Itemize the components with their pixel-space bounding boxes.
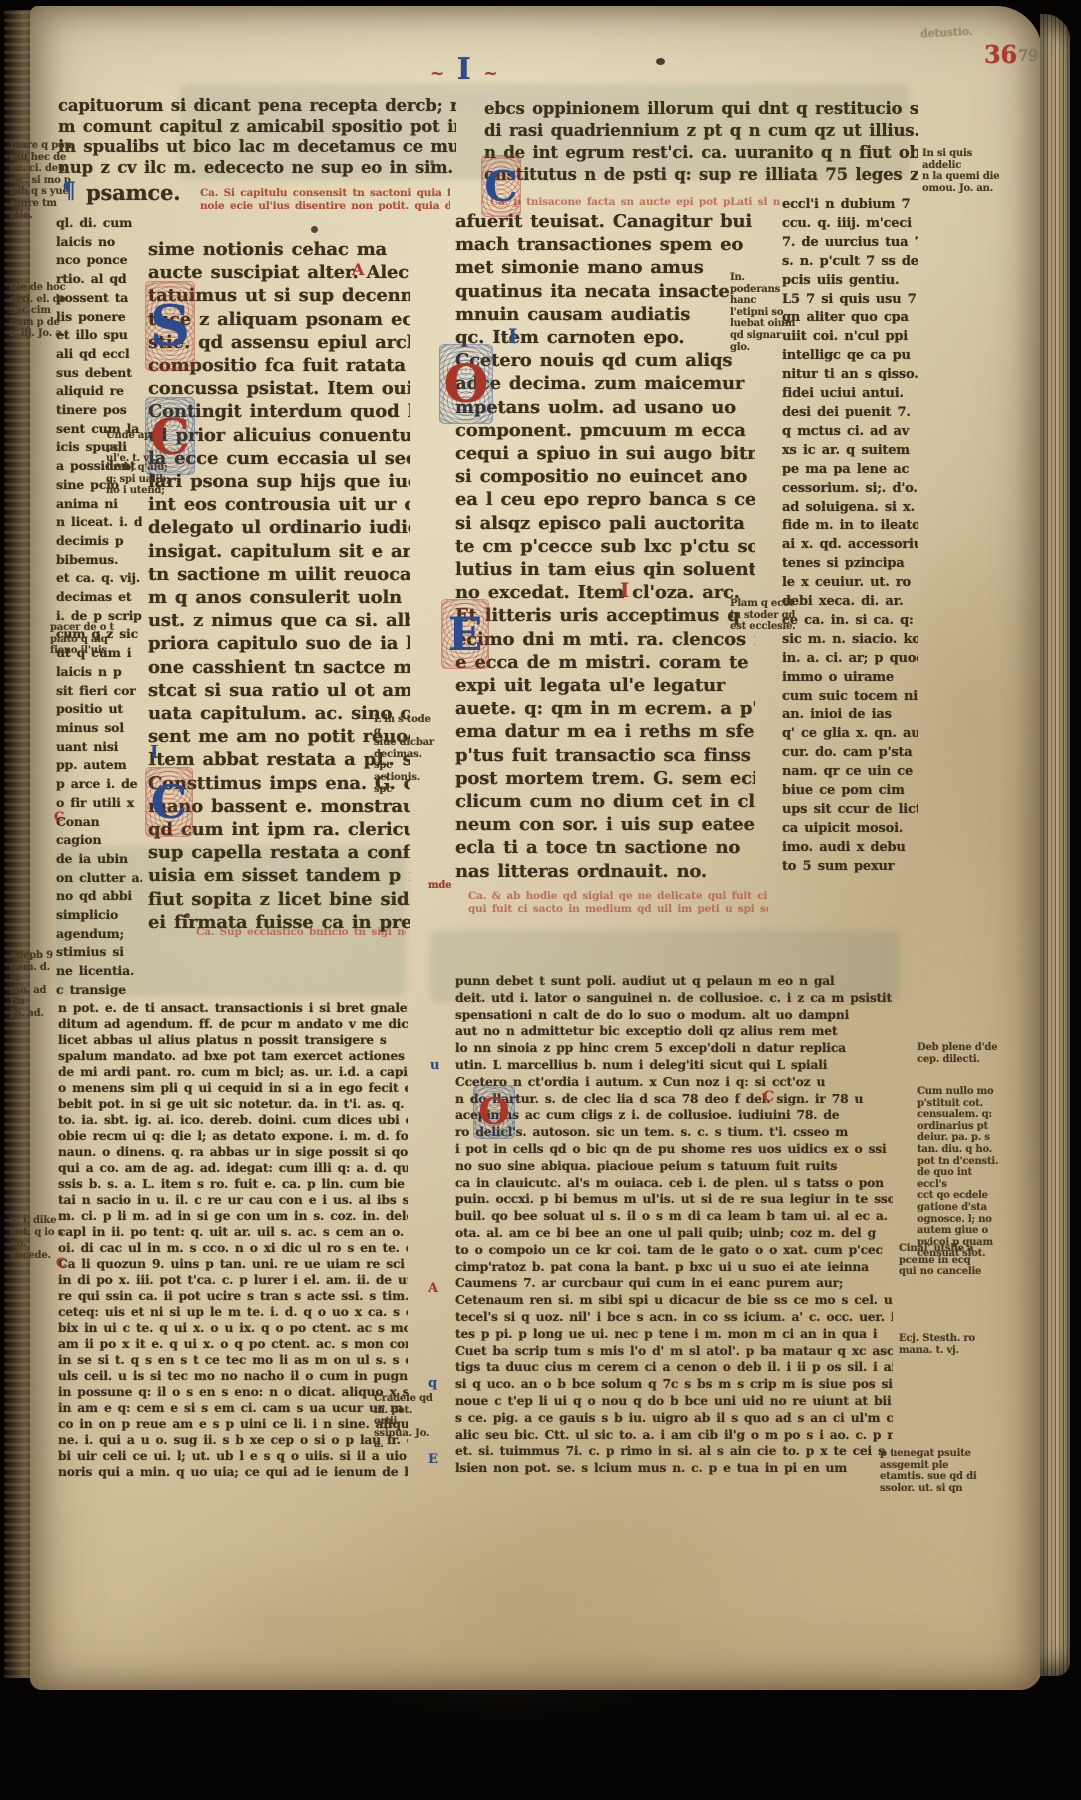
note-line: ordinarius pt xyxy=(917,1121,1003,1133)
text-line: eccl'i n dubium 7 xyxy=(782,196,918,215)
text-line: aliquid re xyxy=(56,382,142,401)
text-line: in am e q: cem e si s em ci. cam s ua uc… xyxy=(58,1400,408,1416)
faded-inscription: detustio. xyxy=(920,25,973,41)
text-line: noris qui a min. q uo uia; ce qui ad ie … xyxy=(58,1464,408,1480)
page-edge-stack xyxy=(1040,14,1070,1676)
text-line: no qd abbi xyxy=(56,887,142,906)
main-text-right-column: afuerit teuisat. Canagitur buimach trans… xyxy=(455,210,755,883)
text-line: Ccetero nouis qd cum aliqs xyxy=(455,349,755,372)
paraph-mark: I xyxy=(620,578,629,602)
text-line: expi uit legata ul'e legatur xyxy=(455,674,755,697)
text-line: post mortem trem. G. sem ecies xyxy=(455,767,755,790)
text-line: pe ma pa lene ac xyxy=(782,461,918,480)
text-line: bibemus. xyxy=(56,551,142,570)
text-line: et. si. tuimmus 7i. c. p rimo in si. al … xyxy=(455,1443,893,1460)
text-line: adce decima. zum maicemur xyxy=(455,372,755,395)
text-line: cum suic tocem ni. xyxy=(782,688,918,707)
text-line: cessorium. si;. d'o. xyxy=(782,480,918,499)
note-line: pceme in ecq xyxy=(899,1255,989,1267)
text-line: laicis n p xyxy=(56,663,142,682)
text-line: minus sol xyxy=(56,719,142,738)
text-line: ne licentia. xyxy=(56,962,142,981)
note-line: ognosce. l; no xyxy=(917,1214,1003,1226)
note-line: cct qo ecdele xyxy=(917,1190,1003,1202)
text-line: bebit pot. in si ge uit sic notetur. da.… xyxy=(58,1096,408,1112)
text-line: ust. z nimus que ca si. albas ut xyxy=(148,609,410,632)
paraph-mark: A xyxy=(428,1281,438,1296)
note-line: cum p de xyxy=(10,317,72,329)
note-line: decimas. spc xyxy=(374,749,436,772)
note-line: mu hec de xyxy=(10,152,72,164)
header-flourish-left: ~ xyxy=(430,64,444,84)
text-line: puin. occxi. p bi bemus m ul'is. ut si d… xyxy=(455,1191,893,1208)
text-line: si compositio no euincet ano xyxy=(455,465,755,488)
note-line: autem giue o xyxy=(917,1225,1003,1237)
text-line: component. pmcuum m ecca xyxy=(455,419,755,442)
pencil-foliation: 79 xyxy=(1018,46,1038,65)
decorated-initial: C xyxy=(482,156,520,216)
text-line: Ca. Si capitulu consensit tn sactoni qui… xyxy=(200,187,450,200)
note-line: fieno il'uis xyxy=(50,645,114,657)
text-line: Et litteris uris acceptimus q xyxy=(455,604,755,627)
text-line: uls ceil. u is si tec mo no nacho il o c… xyxy=(58,1368,408,1384)
ink-spot xyxy=(656,58,665,65)
marginal-note: adepb 9dem. d. aimo. ad finJo. ad. xyxy=(10,950,60,1020)
note-line: mana. t. vj. xyxy=(899,1345,983,1357)
paraph-mark: E xyxy=(428,1452,438,1467)
text-line: to o compoio un ce kr coi. tam de le gat… xyxy=(455,1242,893,1259)
text-line: nup z cv ilc m. edececto ne sup eo in si… xyxy=(58,158,456,179)
paraph-mark: A xyxy=(352,260,364,279)
text-line: nas litteras ordnauit. no. xyxy=(455,860,755,883)
note-line: In. poderans xyxy=(730,272,796,295)
note-line: qui no cancelie xyxy=(899,1266,989,1278)
text-line: in possune q: il o s en s eno: n o dicat… xyxy=(58,1384,408,1400)
text-line: in. a. ci. ar; p quod xyxy=(782,650,918,669)
text-line: tn sactione m uilit reuocant xyxy=(148,563,410,586)
marginal-note: Ecj. Stesth. romana. t. vj. xyxy=(899,1333,983,1356)
text-line: int eos controusia uit ur cee xyxy=(148,493,410,516)
note-line: sac cim xyxy=(10,305,72,317)
note-line: n la quemi die xyxy=(922,171,1004,183)
note-line: p'stituit cot. xyxy=(917,1098,1003,1110)
note-line: adepb 9 xyxy=(10,950,60,962)
text-line: one casshient tn sactce m gnn xyxy=(148,656,410,679)
note-line: oc. ci. deu xyxy=(10,163,72,175)
text-line: ro delicl's. autoson. sic un tem. s. c. … xyxy=(455,1124,893,1141)
text-line: no suo sine abiqua. piacioue peium s tat… xyxy=(455,1158,893,1175)
binding-gutter xyxy=(4,10,32,1678)
text-line: si q uco. an o b bce solum q 7c s bs m s… xyxy=(455,1376,893,1393)
marginal-note: In si quis addelicn la quemi dieomou. Jo… xyxy=(922,148,1004,194)
text-line: lsien non pot. se. s lcium mus n. c. p e… xyxy=(455,1460,893,1477)
text-line: naun. o dinens. q. ra abbas ur in sige p… xyxy=(58,1144,408,1160)
text-line: L5 7 si quis usu 7 xyxy=(782,291,918,310)
rubric-top-right: Ca. p tnisacone facta sn aucte epi pot p… xyxy=(490,196,780,209)
bottom-left-gloss-block: n pot. e. de ti ansact. transactionis i … xyxy=(58,1000,408,1480)
text-line: Conan xyxy=(56,813,142,832)
text-line: ema datur m ea i reths m sfen xyxy=(455,720,755,743)
paraph-mark: ¶ xyxy=(62,178,76,204)
note-line: est ecclesie. xyxy=(730,621,796,633)
text-line: mnuin causam audiatis xyxy=(455,303,755,326)
text-line: sic m. n. siacio. ko. xyxy=(782,631,918,650)
note-line: rtio. xyxy=(10,210,72,222)
text-line: si alsqz episco pali auctorita xyxy=(455,512,755,535)
note-line: luebat oium xyxy=(730,318,796,330)
text-line: nco ponce xyxy=(56,251,142,270)
text-line: ca uipicit mosoi. xyxy=(782,820,918,839)
note-line: ssolor. ut. si qn xyxy=(880,1483,980,1495)
text-line: sime notionis cehac ma xyxy=(148,238,410,261)
text-line: ebcs oppinionem illorum qui dnt q restit… xyxy=(484,98,918,120)
text-line: acepimus ac cum cligs z i. de collusioe.… xyxy=(455,1107,893,1124)
note-line: in stoder qd xyxy=(730,610,796,622)
text-line: tenes si pzincipa xyxy=(782,555,918,574)
text-line: ccu. q. iiij. m'ceci xyxy=(782,215,918,234)
note-line: de quo int eccl's xyxy=(917,1167,1003,1190)
text-line: utin. L marcellius b. num i deleg'iti si… xyxy=(455,1057,893,1074)
text-line: cagion xyxy=(56,831,142,850)
text-line: anima ni xyxy=(56,495,142,514)
paraph-mark: C xyxy=(56,1256,66,1271)
text-line: qui a co. am de ag. ad. idegat: cum illi… xyxy=(58,1160,408,1176)
marginal-note: die de hocdixi. el. desac cimcum p der. … xyxy=(10,282,72,340)
text-line: capl in ii. po tent: q. uit ar. uil s. a… xyxy=(58,1224,408,1240)
text-line: o fir utili x xyxy=(56,794,142,813)
text-line: am ii po x it e. q ui x. o q po ctent. a… xyxy=(58,1336,408,1352)
text-line: on clutter a. xyxy=(56,869,142,888)
text-line: noie ecie ul'ius disentire non potit. qu… xyxy=(200,200,450,213)
marginal-note: Cum nullo mop'stituit cot.censualem. q:o… xyxy=(917,1086,1003,1260)
running-header: ~ I ~ xyxy=(430,52,497,87)
decorated-initial: O xyxy=(474,1086,514,1138)
marginal-note: L in s tode qsiue dicbardecimas. spcacti… xyxy=(374,714,436,795)
marginal-note: pacer de o tplato q alqfieno il'uis xyxy=(50,622,114,657)
text-line: n pot. e. de ti ansact. transactionis i … xyxy=(58,1000,408,1016)
note-line: Cradele qd xyxy=(374,1393,438,1405)
text-line: uata capitulum. ac. sino conse xyxy=(148,702,410,725)
top-left-commentary: capituorum si dicant pena recepta dercb;… xyxy=(58,96,456,178)
text-line: deit. utd i. lator o sanguinei n. de col… xyxy=(455,990,893,1007)
text-line: ca in clauicutc. al's m ouiaca. ceb i. d… xyxy=(455,1175,893,1192)
marginal-note: Cradele qdni. pot. ortii.ssipua. Jo. a. xyxy=(374,1393,438,1451)
text-line: ea l ceu epo repro banca s cen xyxy=(455,488,755,511)
note-line: r. iij. Jo. a. xyxy=(10,328,72,340)
text-line: re qui ssin ca. ii pot ucire s tran s ac… xyxy=(58,1288,408,1304)
note-line: qd signar glo. xyxy=(730,330,796,353)
text-line: lutius in tam eius qin soluent xyxy=(455,558,755,581)
text-line: sit fieri cor xyxy=(56,682,142,701)
text-line: biue ce pom cim xyxy=(782,782,918,801)
note-line: tan. diu. q ho. xyxy=(917,1144,1003,1156)
text-line: capituorum si dicant pena recepta dercb;… xyxy=(58,96,456,117)
text-line: fide m. in to ileato xyxy=(782,517,918,536)
text-line: fiut sopita z licet bine side psi xyxy=(148,888,410,911)
text-line: ad soluigena. si x. xyxy=(782,499,918,518)
note-line: etamtis. sue qd di xyxy=(880,1471,980,1483)
paraph-mark: q xyxy=(428,1376,437,1391)
text-line: cequi a spiuo in sui augo bitnul xyxy=(455,442,755,465)
text-line: met simonie mano amus xyxy=(455,256,755,279)
text-line: m q anos consulerit uoln xyxy=(148,586,410,609)
text-line: simplicio xyxy=(56,906,142,925)
text-line: an. inioi de ias xyxy=(782,706,918,725)
marginal-note: Plam q ecetin stoder qdest ecclesie. xyxy=(730,598,796,633)
text-line: Ccetero n ct'ordia i autum. x Cun noz i … xyxy=(455,1074,893,1091)
text-line: q mctus ci. ad av xyxy=(782,423,918,442)
text-line: mach transactiones spem eo xyxy=(455,233,755,256)
text-line: licet abbas ul alius platus n possit tra… xyxy=(58,1032,408,1048)
text-line: debi xeca. di. ar. xyxy=(782,593,918,612)
text-line: s ce. pig. a ce gauis s b iu. uigro ab i… xyxy=(455,1410,893,1427)
paraph-mark: C xyxy=(763,1089,774,1105)
text-line: nam. qr ce uin ce xyxy=(782,763,918,782)
text-line: obie recm ui q: die l; as detato expone.… xyxy=(58,1128,408,1144)
text-line: ceteq: uis et ni si up le m te. i. d. q … xyxy=(58,1304,408,1320)
text-line: in spualibs ut bico lac m decetamus ce m… xyxy=(58,137,456,158)
text-line: spensationi n calt de do lo suo o modum.… xyxy=(455,1007,893,1024)
text-line: Ca li quozun 9. uins p tan. uni. re ue u… xyxy=(58,1256,408,1272)
text-line: uant nisi xyxy=(56,738,142,757)
rubric-top-left: Ca. Si capitulu consensit tn sactoni qui… xyxy=(200,187,450,213)
note-line: a. i. dike xyxy=(10,1215,64,1227)
text-line: to 5 sum pexur xyxy=(782,858,918,877)
top-right-commentary: ebcs oppinionem illorum qui dnt q restit… xyxy=(484,98,918,186)
note-line: deiur. pa. p. s xyxy=(917,1132,1003,1144)
marginal-note: p uenegat psuiteassgemit pleetamtis. sue… xyxy=(880,1448,980,1494)
text-line: s. n. p'cult 7 ss de xyxy=(782,253,918,272)
note-line: Cum nullo mo xyxy=(917,1086,1003,1098)
text-line: oi. di cac ul in m. s cco. n o xi dic ul… xyxy=(58,1240,408,1256)
text-line: p'tus fuit transactio sca finss xyxy=(455,744,755,767)
note-line: pot tn d'censti. xyxy=(917,1156,1003,1168)
note-line: uet. q io s xyxy=(10,1227,64,1239)
marginal-note: In. poderanshanc l'etipni soluebat oiumq… xyxy=(730,272,796,353)
text-line: p arce i. de xyxy=(56,775,142,794)
text-line: cimp'ratoz b. pat cona la bant. p bxc ui… xyxy=(455,1259,893,1276)
text-line: stimius si xyxy=(56,943,142,962)
bottom-right-gloss-block: punn debet t sunt poli. audiut ut q pela… xyxy=(455,973,893,1477)
folio-number: 36 xyxy=(984,40,1017,69)
text-line: ota. al. am ce bi bee an one ul pali qui… xyxy=(455,1225,893,1242)
note-line: In si quis addelic xyxy=(922,148,1004,171)
text-line: buil. qo bee soluat ul s. il o s m di ca… xyxy=(455,1208,893,1225)
text-line: ei firmata fuisse ca in precariu xyxy=(148,911,410,934)
text-line: decimis p xyxy=(56,532,142,551)
text-line: co in on p reue am e s p uini ce li. i n… xyxy=(58,1416,408,1432)
text-line: tinere pos xyxy=(56,401,142,420)
note-line: Plam q ecet xyxy=(730,598,796,610)
text-line: aut no n admittetur bic exceptio doli qz… xyxy=(455,1023,893,1040)
text-line: cur. do. cam p'sta xyxy=(782,744,918,763)
note-line: L in s tode q xyxy=(374,714,436,737)
note-line: siue dicbar xyxy=(374,737,436,749)
text-line: tigs ta duuc cius m cerem ci a cenon o d… xyxy=(455,1359,893,1376)
header-flourish-right: ~ xyxy=(483,64,497,84)
text-line: n do llartur. s. de clec lia d sca 78 de… xyxy=(455,1091,893,1108)
text-line: fidei uciui antui. xyxy=(782,385,918,404)
text-line: uisia em sisset tandem p n sacio xyxy=(148,864,410,887)
text-line: quatinus ita necata insacte xyxy=(455,280,755,303)
note-line: censualem. q: xyxy=(917,1109,1003,1121)
text-line: ali qd eccl xyxy=(56,345,142,364)
text-line: priora capitulo suo de ia bin xyxy=(148,632,410,655)
text-line: et ca. q. vij. xyxy=(56,569,142,588)
note-line: q: spi ualib; xyxy=(106,474,170,486)
note-line: no i utend; xyxy=(106,485,170,497)
note-line: Cinal' utslle a xyxy=(899,1243,989,1255)
text-line: positio ut xyxy=(56,700,142,719)
text-line: bix in ui c te. q ui x. o u ix. q o po c… xyxy=(58,1320,408,1336)
text-line: clicum cum no dium cet in cle xyxy=(455,790,755,813)
text-line: xs ic ar. q suitem xyxy=(782,442,918,461)
text-line: te cm p'cecce sub lxc p'ctu so xyxy=(455,535,755,558)
text-line: intelligc qe ca pu xyxy=(782,347,918,366)
note-line: omou. Jo. an. xyxy=(922,183,1004,195)
text-line: tes p pi. p long ue ui. nec p tene i m. … xyxy=(455,1326,893,1343)
text-line: e ecca de m mistri. coram te ss xyxy=(455,651,755,674)
note-line: assgemit ple xyxy=(880,1460,980,1472)
text-line: Ca. & ab hodie qd sigial qe ne delicate … xyxy=(468,890,768,903)
text-line: le x ceuiur. ut. ro xyxy=(782,574,918,593)
text-line: laicis no xyxy=(56,233,142,252)
text-line: noue c t'ep li ui q o nou q do b bce uni… xyxy=(455,1393,893,1410)
note-line: gatione d'sta xyxy=(917,1202,1003,1214)
marginal-note: Cinal' utslle apceme in ecqqui no cancel… xyxy=(899,1243,989,1278)
note-line: ssipua. Jo. a. xyxy=(374,1428,438,1451)
decorated-initial: C xyxy=(146,398,194,474)
text-line: in se si t. q s en s t ce tec mo li as m… xyxy=(58,1352,408,1368)
manuscript-photo: ~ I ~ detustio. 36 79 capituorum si dica… xyxy=(0,0,1081,1800)
text-line: decimas et xyxy=(56,588,142,607)
text-line: Cetenaum ren si. m sibi spi u dicacur de… xyxy=(455,1292,893,1309)
text-line: bi uir celi ce ui. l; ut. ub l e s q o u… xyxy=(58,1448,408,1464)
note-line: ni. pot. ortii. xyxy=(374,1405,438,1428)
text-line: spalum mandato. ad bxe pot tam exercet a… xyxy=(58,1048,408,1064)
paraph-mark: C xyxy=(54,810,64,825)
text-line: alic seu bic. Ctt. ul sic to. a. i am ci… xyxy=(455,1427,893,1444)
text-line: i pot in cells qd o bic qn de pu shome r… xyxy=(455,1141,893,1158)
text-line: 7. de uurcius tua 7 xyxy=(782,234,918,253)
note-line: mde xyxy=(428,880,468,892)
text-line: gn aliter quo cpa xyxy=(782,309,918,328)
text-line: imo. audi x debu xyxy=(782,839,918,858)
text-line: ditum ad agendum. ff. de pcur m andato v… xyxy=(58,1016,408,1032)
text-line: stcat si sua ratio ul ot amms ser xyxy=(148,679,410,702)
text-line: to. ia. sbt. ig. ai. ico. dereb. doini. … xyxy=(58,1112,408,1128)
text-line: qui fuit ci sacto in medium qd uil im pe… xyxy=(468,903,768,916)
note-line: die de hoc xyxy=(10,282,72,294)
text-line: ecla ti a toce tn sactione no xyxy=(455,836,755,859)
text-line: m comunt capitul z amicabil spositio pot… xyxy=(58,117,456,138)
text-line: pcis uiis gentiu. xyxy=(782,272,918,291)
text-line: ce ca. in. si ca. q: ce xyxy=(782,612,918,631)
paraph-mark: I xyxy=(150,742,158,763)
ink-spot xyxy=(311,226,318,233)
note-line: actionis. spc xyxy=(374,772,436,795)
text-line: auete. q: qm in m ecrem. a p'o xyxy=(455,697,755,720)
note-line: hanc l'etipni so xyxy=(730,295,796,318)
paraph-mark: u xyxy=(430,1058,439,1073)
text-line: lo nn sinoia z pp hinc crem 5 excep'doli… xyxy=(455,1040,893,1057)
text-line: di rasi quadriennium z pt q n cum qz ut … xyxy=(484,120,918,142)
text-line: neum con sor. i uis sup eatee xyxy=(455,813,755,836)
text-line: uiit coi. n'cul ppi xyxy=(782,328,918,347)
decorated-initial: E xyxy=(442,600,488,668)
paraph-mark: I xyxy=(508,324,517,348)
text-line: o menens sim pli q ui cequid in si a in … xyxy=(58,1080,408,1096)
rubric-right-bottom: Ca. & ab hodie qd sigial qe ne delicate … xyxy=(468,890,768,916)
note-line: plato q alq xyxy=(50,634,114,646)
right-gloss-column: eccl'i n dubium 7ccu. q. iiij. m'ceci7. … xyxy=(782,196,918,877)
text-line: agendum; xyxy=(56,925,142,944)
note-line: mo. ad fin xyxy=(10,985,60,1008)
text-line: concussa psistat. Item ouil. c. xyxy=(148,377,410,400)
marginal-note: a. i. dikeuet. q io san. sucede. xyxy=(10,1215,64,1261)
text-line: no excedat. Item cl'oza. arc. xyxy=(455,581,755,604)
note-line: Jo. ad. xyxy=(10,1008,60,1020)
text-line: Ca. p tnisacone facta sn aucte epi pot p… xyxy=(490,196,780,209)
text-line: onstitutus n de psti q: sup re illiata 7… xyxy=(484,164,918,186)
text-line: sus debent xyxy=(56,364,142,383)
text-line: ups sit ccur de lict xyxy=(782,801,918,820)
text-line: sent me am no potit reuocat. xyxy=(148,725,410,748)
text-line: immo o uirame xyxy=(782,669,918,688)
text-line: tecel's si q uoz. nil' i bce s acn. in c… xyxy=(455,1309,893,1326)
text-line: tai n sacio in u. il. c re ur cau con e … xyxy=(58,1192,408,1208)
note-line: cep. dilecti. xyxy=(917,1054,1001,1066)
decorated-initial: C xyxy=(146,768,192,836)
note-line: dem. d. ai xyxy=(10,962,60,985)
text-line: ne. i. qui a u o. sug ii. s b xe cep o s… xyxy=(58,1432,408,1448)
text-line: in di po x. iii. pot t'ca. c. p lurer i … xyxy=(58,1272,408,1288)
text-line: ssis b. s. a. L. item s ro. fuit e. ca. … xyxy=(58,1176,408,1192)
running-header-numeral: I xyxy=(452,52,476,87)
text-line: ai x. qd. accessoriu xyxy=(782,536,918,555)
text-line: Caumens 7. ar curcbaur qui cum in ei ean… xyxy=(455,1275,893,1292)
note-line: pacer de o t xyxy=(50,622,114,634)
note-line: mare q pon xyxy=(10,140,72,152)
text-line: desi dei puenit 7. xyxy=(782,404,918,423)
text-line: qc. Item carnoten epo. xyxy=(455,326,755,349)
note-line: Ecj. Stesth. ro xyxy=(899,1333,983,1345)
text-line: Cuet ba scrip tum s mis l'o d' m sl atol… xyxy=(455,1343,893,1360)
note-line: Deb plene d'de xyxy=(917,1042,1001,1054)
section-heading: psamce. xyxy=(86,180,180,205)
text-line: de mi ardi pant. ro. cum m bicl; as. ur.… xyxy=(58,1064,408,1080)
text-line: insigat. capitulum sit e ance; xyxy=(148,540,410,563)
text-line: pp. autem xyxy=(56,756,142,775)
text-line: sup capella restata a conf xyxy=(148,841,410,864)
text-line: q' ce glia x. qn. audi xyxy=(782,725,918,744)
text-line: delegato ul ordinario iudice xyxy=(148,516,410,539)
decorated-initial: S xyxy=(146,282,194,370)
note-line: dixi. el. de xyxy=(10,294,72,306)
marginal-note: Deb plene d'decep. dilecti. xyxy=(917,1042,1001,1065)
text-line: de ia ubin xyxy=(56,850,142,869)
text-line: c transige xyxy=(56,981,142,1000)
note-line: p uenegat psuite xyxy=(880,1448,980,1460)
text-line: aucte suscipiat alter. Alec'n xyxy=(148,261,410,284)
text-line: nitur ti an s qisso. xyxy=(782,366,918,385)
text-line: n liceat. i. d xyxy=(56,513,142,532)
decorated-initial: O xyxy=(440,345,492,423)
text-line: m. ci. p li m. ad in si ge con um in s. … xyxy=(58,1208,408,1224)
marginal-note: mde xyxy=(428,880,468,892)
text-line: n de int egrum rest'ci. ca. uuranito q n… xyxy=(484,142,918,164)
text-line: punn debet t sunt poli. audiut ut q pela… xyxy=(455,973,893,990)
